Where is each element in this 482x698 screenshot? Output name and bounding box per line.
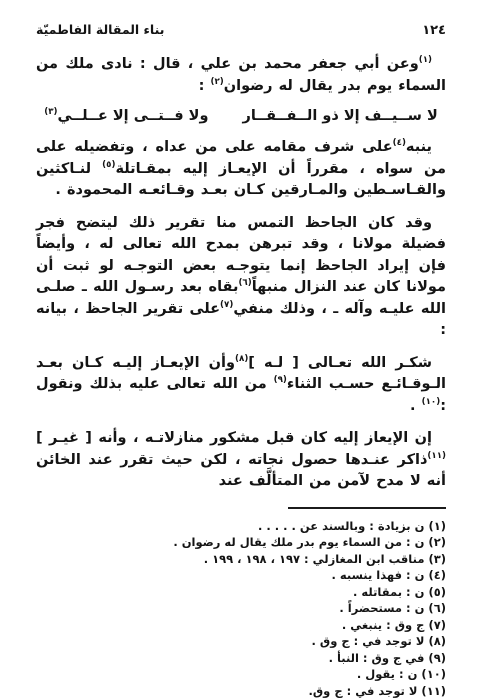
verse-hemistich-left: ولا فــتــى إلا عــلــي(٣) — [44, 108, 208, 124]
paragraph: إن الإيعاز إليه كان قبل مشكور منازلاتـه … — [36, 428, 446, 493]
footnote-item: (٤) ن : فهذا ينسبه . — [36, 567, 446, 584]
footnote-item: (٦) ن : مستحضراً . — [36, 600, 446, 617]
footnote-item: (٩) في ج وق : النبأ . — [36, 650, 446, 667]
page-number: ١٢٤ — [422, 23, 446, 38]
footnote-item: (٧) ج وق : ينبغي . — [36, 617, 446, 634]
book-page: ١٢٤ بناء المقالة الفاطميّة (١)وعن أبي جع… — [0, 0, 482, 698]
verse-line: لا ســيــف إلا ذو الــفــقــار ولا فــتـ… — [36, 108, 446, 124]
paragraph: ينبه(٤)على شرف مقامه على من عداه ، وتفضي… — [36, 137, 446, 202]
footnotes-section: (١) ن بزيادة : وبالسند عن . . . . . (٢) … — [36, 518, 446, 698]
footnote-item: (١) ن بزيادة : وبالسند عن . . . . . — [36, 518, 446, 535]
footnote-item: (٢) ن : من السماء يوم بدر ملك يقال له رض… — [36, 534, 446, 551]
paragraph: وقد كان الجاحظ التمس منا تقرير ذلك ليتضح… — [36, 213, 446, 342]
verse-hemistich-right: لا ســيــف إلا ذو الــفــقــار — [242, 108, 437, 124]
footnote-item: (٨) لا توجد في : ج وق . — [36, 633, 446, 650]
paragraph: شكـر الله تعـالى [ لـه ](٨)وأن الإيعـاز … — [36, 353, 446, 418]
page-header: ١٢٤ بناء المقالة الفاطميّة — [36, 22, 446, 38]
footnote-item: (٣) مناقب ابن المغازلي : ١٩٧ ، ١٩٨ ، ١٩٩… — [36, 551, 446, 568]
main-text: (١)وعن أبي جعفر محمد بن علي ، قال : نادى… — [36, 54, 446, 493]
footnote-separator — [288, 507, 446, 509]
page-title: بناء المقالة الفاطميّة — [36, 22, 164, 37]
footnote-item: (٥) ن : بمقاتله . — [36, 584, 446, 601]
paragraph: (١)وعن أبي جعفر محمد بن علي ، قال : نادى… — [36, 54, 446, 97]
footnote-item: (١٠) ن : يقول . — [36, 666, 446, 683]
footnote-item: (١١) لا توجد في : ج وق. — [36, 683, 446, 698]
